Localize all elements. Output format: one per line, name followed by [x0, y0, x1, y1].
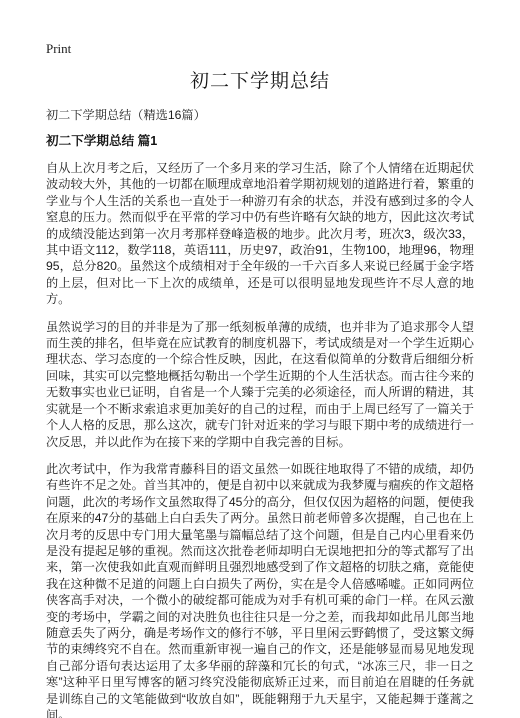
page-title: 初二下学期总结 [46, 70, 474, 94]
article-body: 自从上次月考之后，又经历了一个多月来的学习生活，除了个人情绪在近期起伏波动较大外… [46, 160, 474, 718]
paragraph: 此次考试中，作为我常青藤科目的语文虽然一如既往地取得了不错的成绩，却仍有些许不足… [46, 461, 474, 718]
print-link[interactable]: Print [46, 42, 71, 56]
section-heading: 初二下学期总结 篇1 [46, 134, 474, 149]
document-page: Print 初二下学期总结 初二下学期总结（精选16篇） 初二下学期总结 篇1 … [0, 0, 520, 718]
doc-subtitle: 初二下学期总结（精选16篇） [46, 108, 474, 123]
paragraph: 虽然说学习的目的并非是为了那一纸刻板单薄的成绩，也并非为了追求那令人望而生羡的排… [46, 319, 474, 450]
paragraph: 自从上次月考之后，又经历了一个多月来的学习生活，除了个人情绪在近期起伏波动较大外… [46, 160, 474, 308]
